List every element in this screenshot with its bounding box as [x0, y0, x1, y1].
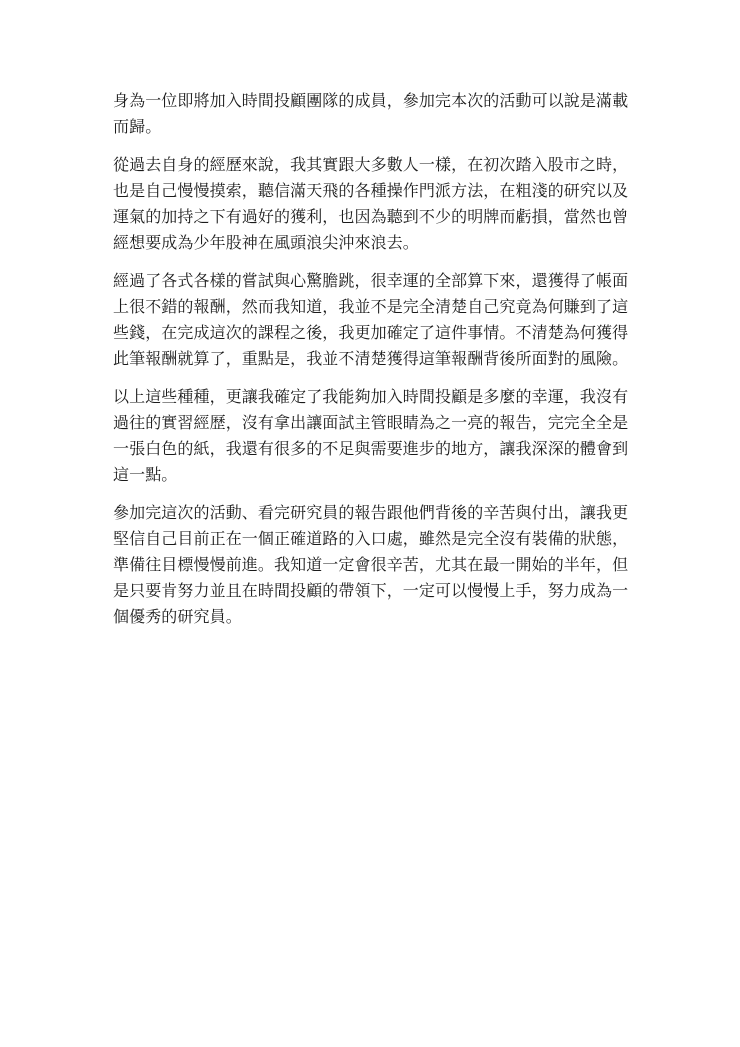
paragraph-1: 身為一位即將加入時間投顧團隊的成員，參加完本次的活動可以說是滿載而歸。: [113, 88, 633, 140]
paragraph-2: 從過去自身的經歷來說，我其實跟大多數人一樣，在初次踏入股市之時，也是自己慢慢摸索…: [113, 152, 633, 256]
paragraph-4: 以上這些種種，更讓我確定了我能夠加入時間投顧是多麼的幸運，我沒有過往的實習經歷，…: [113, 384, 633, 488]
paragraph-5: 參加完這次的活動、看完研究員的報告跟他們背後的辛苦與付出，讓我更堅信自己目前正在…: [113, 500, 633, 630]
paragraph-3: 經過了各式各樣的嘗試與心驚膽跳，很幸運的全部算下來，還獲得了帳面上很不錯的報酬，…: [113, 268, 633, 372]
document-body: 身為一位即將加入時間投顧團隊的成員，參加完本次的活動可以說是滿載而歸。 從過去自…: [113, 88, 633, 642]
